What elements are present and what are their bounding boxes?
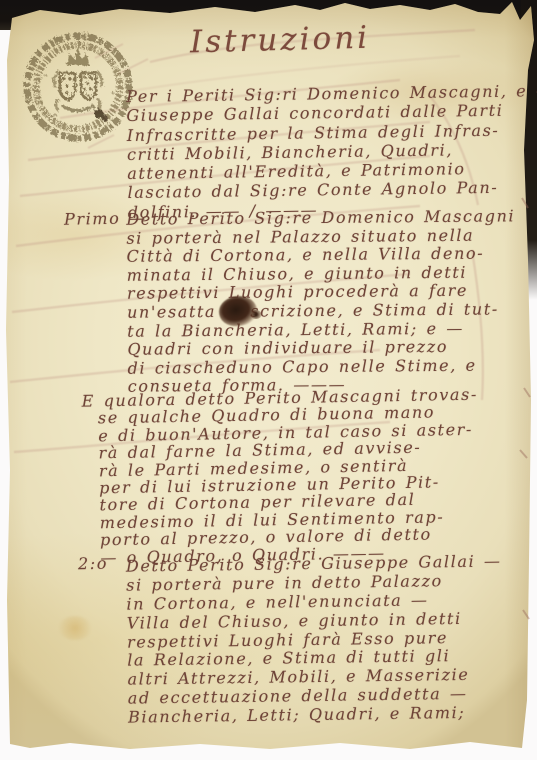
secondo-paragraph: Detto Perito Sig:re Giuseppe Gallai — si… [126,552,504,727]
intro-paragraph: Per i Periti Sig:ri Domenico Mascagni, e… [126,81,537,222]
ink-blot-small [250,310,262,319]
document-title: Istruzioni [140,18,421,61]
coat-of-arms-stamp-icon [20,28,136,146]
paragraph-label-secondo: 2:o [78,554,108,574]
paper-stain [58,616,92,640]
equalora-paragraph: E qualora detto Perito Mascagni trovas- … [98,386,481,567]
primo-paragraph: Detto Perito Sig:re Domenico Mascagni si… [126,207,517,396]
scanned-manuscript-page: Istruzioni Per i Periti Sig:ri Domenico … [0,0,537,760]
